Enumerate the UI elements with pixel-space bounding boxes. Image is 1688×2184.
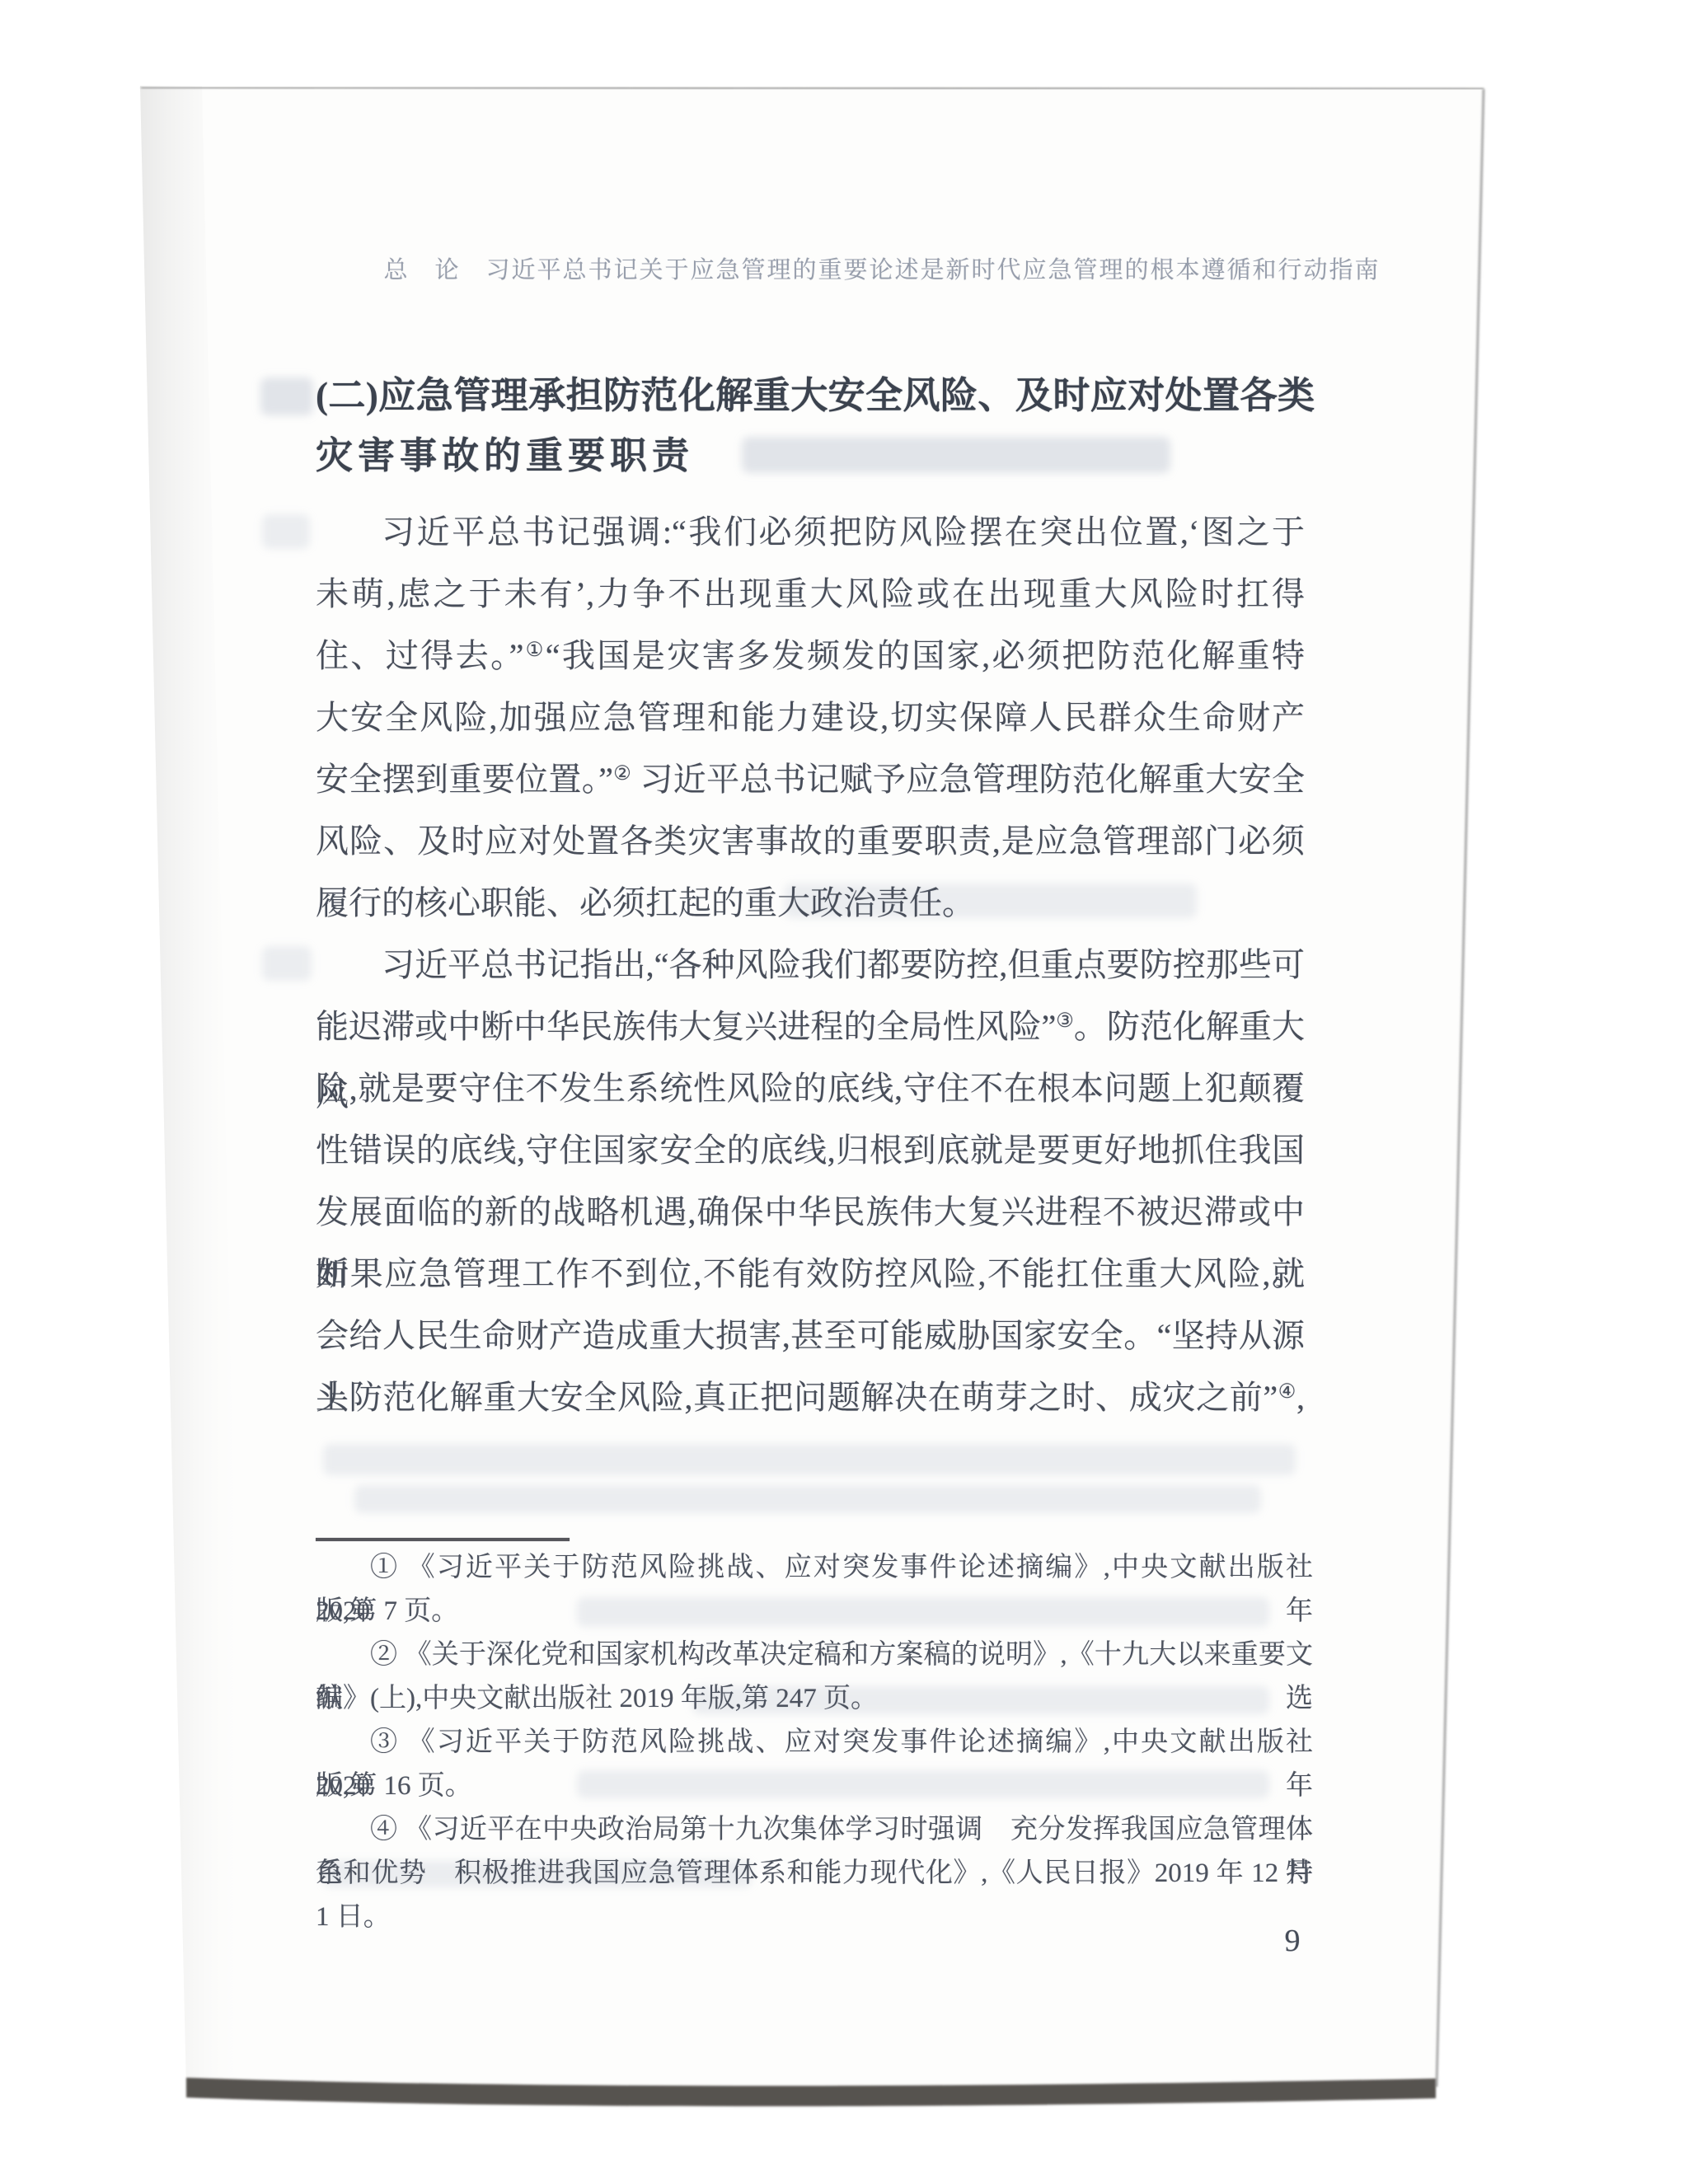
section-heading: (二)应急管理承担防范化解重大安全风险、及时应对处置各类灾害事故的重要职责 [316, 366, 1315, 486]
footnote: ① 《习近平关于防范风险挑战、应对突发事件论述摘编》,中央文献出版社 2020 … [316, 1546, 1313, 1633]
body-text-line: 能迟滞或中断中华民族伟大复兴进程的全局性风险”③。防范化解重大风 [316, 996, 1305, 1057]
body-text-line: 习近平总书记指出,“各种风险我们都要防控,但重点要防控那些可 [316, 934, 1305, 996]
body-text-line: 习近平总书记强调:“我们必须把防风险摆在突出位置,‘图之于 [316, 501, 1305, 563]
body-text-line: 险,就是要守住不发生系统性风险的底线,守住不在根本问题上犯颠覆 [316, 1057, 1305, 1119]
footnote-line: ③ 《习近平关于防范风险挑战、应对突发事件论述摘编》,中央文献出版社 2020 … [316, 1721, 1313, 1765]
bleedthrough-ghost [260, 377, 313, 415]
footnote: ③ 《习近平关于防范风险挑战、应对突发事件论述摘编》,中央文献出版社 2020 … [316, 1721, 1313, 1808]
footnote: ② 《关于深化党和国家机构改革决定稿和方案稿的说明》,《十九大以来重要文献选编》… [316, 1633, 1313, 1721]
body-text-line: 大安全风险,加强应急管理和能力建设,切实保障人民群众生命财产 [316, 687, 1305, 748]
bleedthrough-ghost [262, 946, 312, 981]
body-text-line: 未萌,虑之于未有’,力争不出现重大风险或在出现重大风险时扛得 [316, 563, 1305, 625]
page-number: 9 [1259, 1920, 1325, 1961]
body-text-line: 会给人民生命财产造成重大损害,甚至可能威胁国家安全。“坚持从源头 [316, 1305, 1305, 1366]
footnote-marker-superscript: ② [613, 763, 631, 785]
body-text-line: 性错误的底线,守住国家安全的底线,归根到底就是要更好地抓住我国 [316, 1119, 1305, 1181]
body-text-line: 上防范化解重大安全风险,真正把问题解决在萌芽之时、成灾之前”④, [316, 1366, 1305, 1428]
footnote-separator [316, 1538, 570, 1541]
body-text-line: 履行的核心职能、必须扛起的重大政治责任。 [316, 872, 1305, 934]
footnote-marker-superscript: ③ [1056, 1010, 1074, 1032]
footnote-marker-superscript: ④ [1278, 1381, 1296, 1403]
body-paragraph: 习近平总书记强调:“我们必须把防风险摆在突出位置,‘图之于未萌,虑之于未有’,力… [316, 501, 1305, 934]
footnote: ④ 《习近平在中央政治局第十九次集体学习时强调 充分发挥我国应急管理体系特色和优… [316, 1808, 1313, 1896]
footnote-block: ① 《习近平关于防范风险挑战、应对突发事件论述摘编》,中央文献出版社 2020 … [316, 1546, 1313, 1896]
body-paragraph: 习近平总书记指出,“各种风险我们都要防控,但重点要防控那些可能迟滞或中断中华民族… [316, 934, 1305, 1428]
footnote-marker-superscript: ① [523, 640, 545, 661]
bleedthrough-ghost [262, 514, 310, 549]
footnote-line: ④ 《习近平在中央政治局第十九次集体学习时强调 充分发挥我国应急管理体系特 [316, 1808, 1313, 1852]
body-text-line: 住、过得去。”①“我国是灾害多发频发的国家,必须把防范化解重特 [316, 625, 1305, 687]
footnote-line: ② 《关于深化党和国家机构改革决定稿和方案稿的说明》,《十九大以来重要文献选 [316, 1633, 1313, 1677]
heading-line: 灾害事故的重要职责 [316, 426, 1315, 486]
bleedthrough-ghost [323, 1444, 1296, 1475]
running-head: 总 论 习近平总书记关于应急管理的重要论述是新时代应急管理的根本遵循和行动指南 [371, 254, 1393, 287]
heading-line: (二)应急管理承担防范化解重大安全风险、及时应对处置各类 [316, 366, 1315, 426]
footnote-line: 色和优势 积极推进我国应急管理体系和能力现代化》,《人民日报》2019 年 12… [316, 1852, 1313, 1896]
body-text-line: 风险、及时应对处置各类灾害事故的重要职责,是应急管理部门必须 [316, 810, 1305, 872]
footnote-line: ① 《习近平关于防范风险挑战、应对突发事件论述摘编》,中央文献出版社 2020 … [316, 1546, 1313, 1590]
body-text-line: 如果应急管理工作不到位,不能有效防控风险,不能扛住重大风险,就 [316, 1243, 1305, 1305]
body-text-line: 发展面临的新的战略机遇,确保中华民族伟大复兴进程不被迟滞或中断。 [316, 1181, 1305, 1243]
bleedthrough-ghost [354, 1485, 1261, 1513]
body-text-line: 安全摆到重要位置。”② 习近平总书记赋予应急管理防范化解重大安全 [316, 748, 1305, 810]
